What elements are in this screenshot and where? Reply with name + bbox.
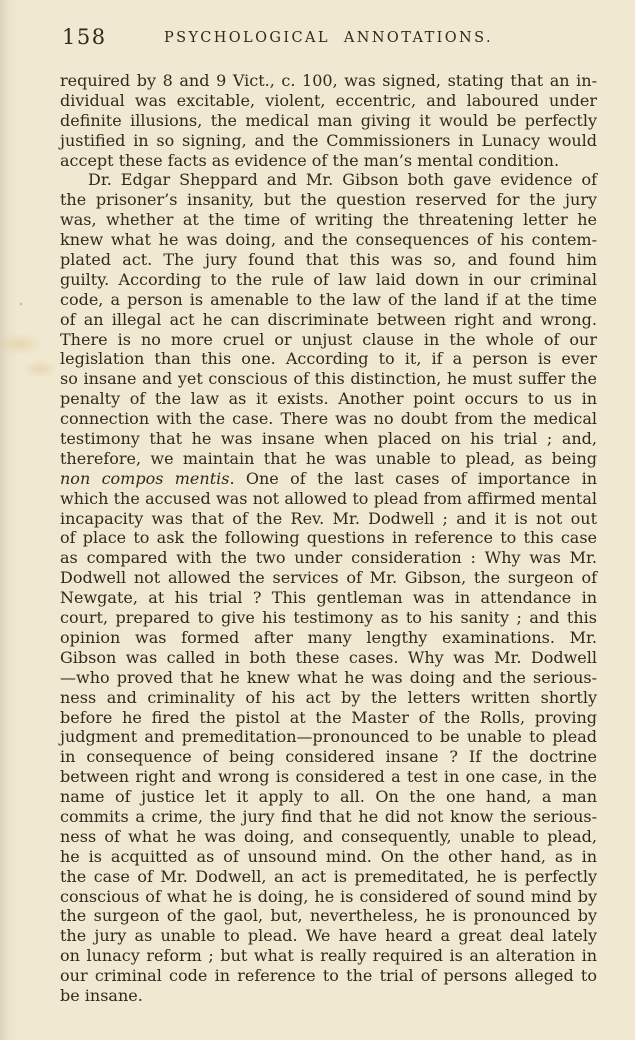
text-line: definite illusions, the medical man givi… <box>60 111 597 131</box>
text-line: testimony that he was insane when placed… <box>60 429 597 449</box>
text-line: guilty. According to the rule of law lai… <box>60 270 597 290</box>
text-line: ness and criminality of his act by the l… <box>60 688 597 708</box>
running-title: PSYCHOLOGICAL ANNOTATIONS. <box>60 30 597 46</box>
text-line: non compos mentis. One of the last cases… <box>60 469 597 489</box>
text-line: penalty of the law as it exists. Another… <box>60 389 597 409</box>
text-line: Dodwell not allowed the services of Mr. … <box>60 568 597 588</box>
text-line: dividual was excitable, violent, eccentr… <box>60 91 597 111</box>
text-line: he is acquitted as of unsound mind. On t… <box>60 847 597 867</box>
text-line: in consequence of being considered insan… <box>60 747 597 767</box>
text-line: ness of what he was doing, and consequen… <box>60 827 597 847</box>
text-line: before he fired the pistol at the Master… <box>60 708 597 728</box>
text-line: incapacity was that of the Rev. Mr. Dodw… <box>60 509 597 529</box>
text-line: the prisoner’s insanity, but the questio… <box>60 190 597 210</box>
text-line: accept these facts as evidence of the ma… <box>60 151 597 171</box>
text-line: plated act. The jury found that this was… <box>60 250 597 270</box>
text-line: connection with the case. There was no d… <box>60 409 597 429</box>
text-line: judgment and premeditation—pronounced to… <box>60 727 597 747</box>
text-line: the case of Mr. Dodwell, an act is preme… <box>60 867 597 887</box>
text-line: knew what he was doing, and the conseque… <box>60 230 597 250</box>
text-line: so insane and yet conscious of this dist… <box>60 369 597 389</box>
paragraph: Dr. Edgar Sheppard and Mr. Gibson both g… <box>60 170 597 1005</box>
text-line: commits a crime, the jury find that he d… <box>60 807 597 827</box>
page-header: 158 PSYCHOLOGICAL ANNOTATIONS. <box>60 24 597 54</box>
text-line: the surgeon of the gaol, but, neverthele… <box>60 906 597 926</box>
text-line: be insane. <box>60 986 597 1006</box>
text-line: Newgate, at his trial ? This gentleman w… <box>60 588 597 608</box>
text-line: as compared with the two under considera… <box>60 548 597 568</box>
text-line: required by 8 and 9 Vict., c. 100, was s… <box>60 71 597 91</box>
text-line: which the accused was not allowed to ple… <box>60 489 597 509</box>
text-line: the jury as unable to plead. We have hea… <box>60 926 597 946</box>
text-line: on lunacy reform ; but what is really re… <box>60 946 597 966</box>
text-block: required by 8 and 9 Vict., c. 100, was s… <box>60 71 597 1006</box>
text-line: justified in so signing, and the Commiss… <box>60 131 597 151</box>
text-line: of an illegal act he can discriminate be… <box>60 310 597 330</box>
text-line: Dr. Edgar Sheppard and Mr. Gibson both g… <box>60 170 597 190</box>
text-line: our criminal code in reference to the tr… <box>60 966 597 986</box>
text-line: code, a person is amenable to the law of… <box>60 290 597 310</box>
text-line: was, whether at the time of writing the … <box>60 210 597 230</box>
text-line: between right and wrong is considered a … <box>60 767 597 787</box>
text-line: name of justice let it apply to all. On … <box>60 787 597 807</box>
text-line: opinion was formed after many lengthy ex… <box>60 628 597 648</box>
text-line: legislation than this one. According to … <box>60 349 597 369</box>
text-line: court, prepared to give his testimony as… <box>60 608 597 628</box>
text-line: conscious of what he is doing, he is con… <box>60 887 597 907</box>
text-line: —who proved that he knew what he was doi… <box>60 668 597 688</box>
text-line: There is no more cruel or unjust clause … <box>60 330 597 350</box>
page: { "colors": { "paper": "#f0e8d1", "ink":… <box>0 0 635 1040</box>
paragraph: required by 8 and 9 Vict., c. 100, was s… <box>60 71 597 170</box>
text-line: therefore, we maintain that he was unabl… <box>60 449 597 469</box>
text-line: Gibson was called in both these cases. W… <box>60 648 597 668</box>
text-line: of place to ask the following questions … <box>60 528 597 548</box>
